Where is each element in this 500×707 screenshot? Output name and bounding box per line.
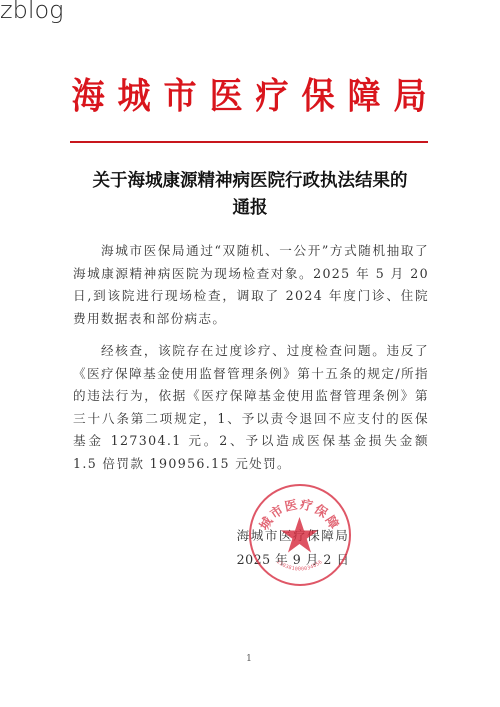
- masthead-char: 保: [301, 76, 334, 116]
- watermark-text: zblog: [0, 0, 64, 24]
- signature-organization: 海城市医疗保障局: [228, 524, 358, 548]
- page-number: 1: [244, 654, 254, 664]
- title-line-1: 关于海城康源精神病医院行政执法结果的: [70, 168, 430, 195]
- paragraph-findings-penalty: 经核查，该院存在过度诊疗、过度检查问题。违反了《医疗保障基金使用监督管理条例》第…: [73, 340, 429, 475]
- title-line-2: 通报: [70, 195, 430, 222]
- masthead-char: 市: [163, 76, 196, 116]
- masthead-char: 障: [347, 76, 380, 116]
- paragraph-inspection: 海城市医保局通过“双随机、一公开”方式随机抽取了海城康源精神病医院为现场检查对象…: [73, 240, 429, 330]
- masthead-char: 城: [117, 76, 150, 116]
- masthead-char: 局: [393, 76, 426, 116]
- signature-block: 海城市医疗保障局 2025 年 9 月 2 日: [228, 524, 358, 572]
- signature-date: 2025 年 9 月 2 日: [228, 548, 358, 572]
- masthead-char: 医: [209, 76, 242, 116]
- masthead-divider: [70, 141, 428, 143]
- masthead-agency-name: 海 城 市 医 疗 保 障 局: [70, 76, 428, 116]
- document-title: 关于海城康源精神病医院行政执法结果的 通报: [70, 168, 430, 222]
- masthead-char: 海: [71, 76, 104, 116]
- masthead-char: 疗: [255, 76, 288, 116]
